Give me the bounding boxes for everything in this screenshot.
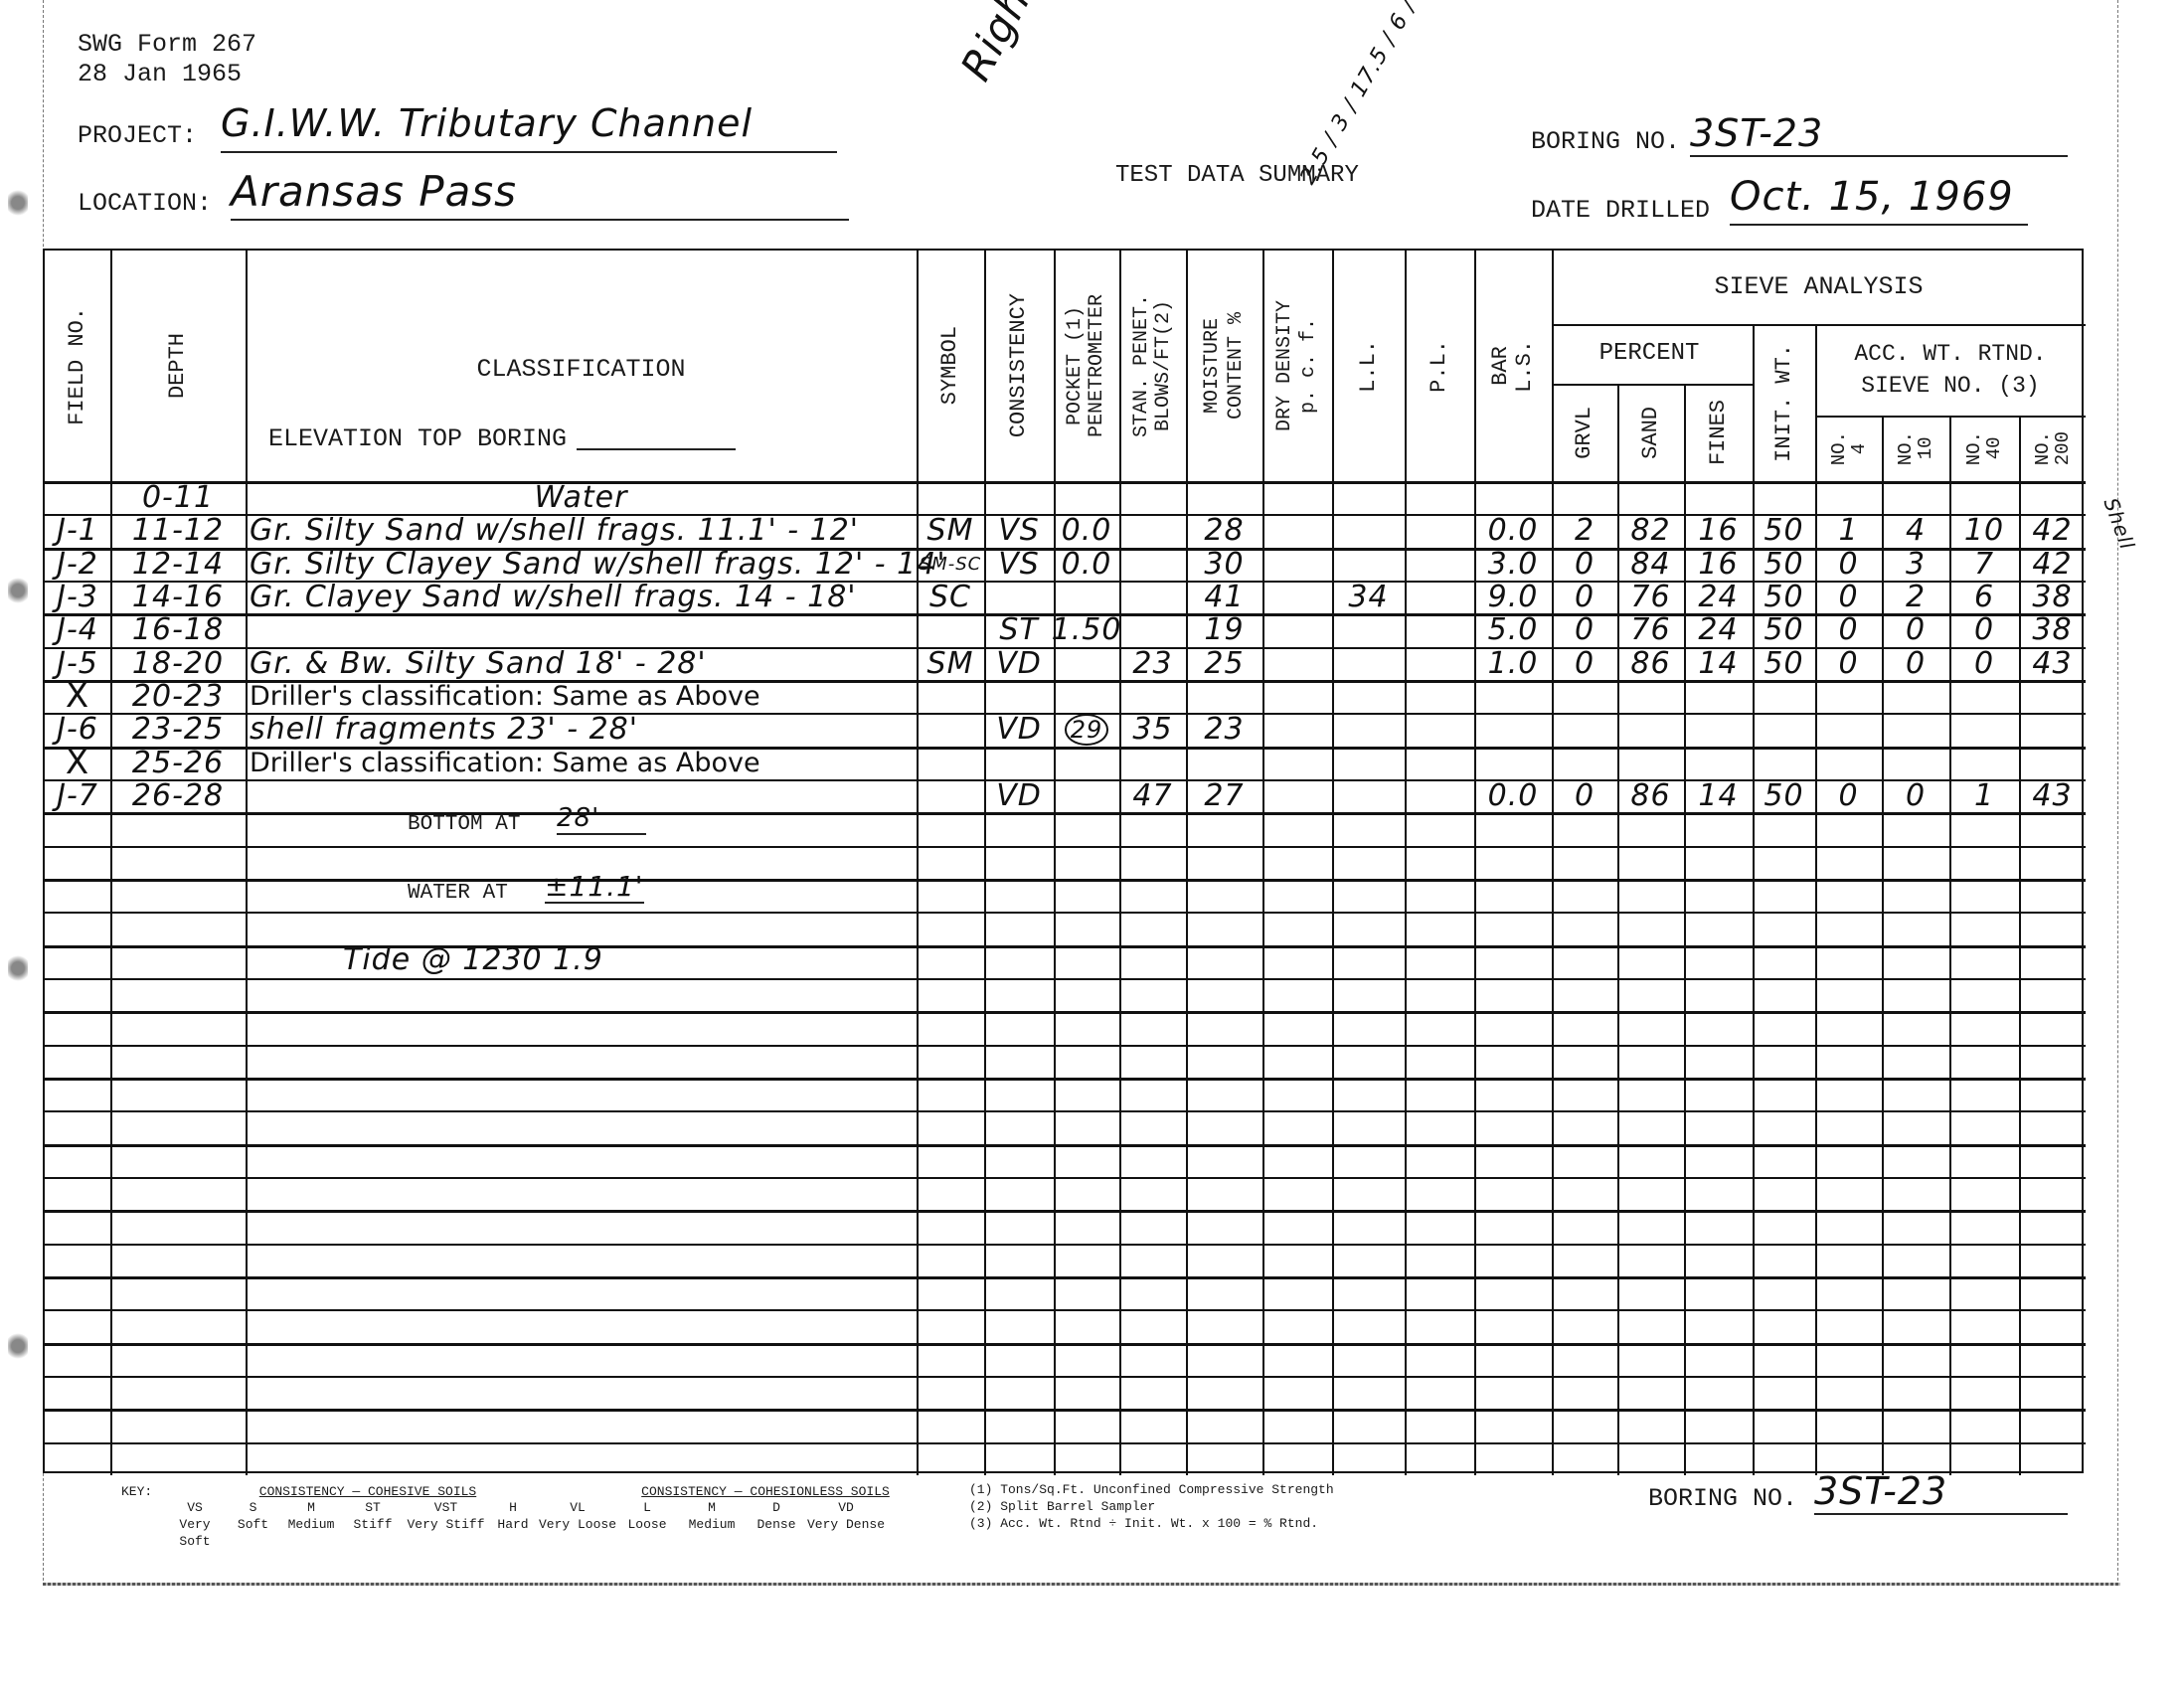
cell-moisture-value: 30 xyxy=(1204,547,1244,582)
cell-sand xyxy=(1621,481,1680,514)
cell-pl xyxy=(1409,779,1470,812)
cell-no10: 2 xyxy=(1886,581,1945,613)
col-header-dry-text: DRY DENSITY p. c. f. xyxy=(1273,300,1321,431)
key-name: Medium xyxy=(677,1516,747,1533)
cell-grvl: 0 xyxy=(1556,581,1613,613)
cell-no200-value: 42 xyxy=(2032,547,2072,582)
row-divider xyxy=(45,1045,2086,1047)
cell-grvl-value: 2 xyxy=(1575,513,1595,548)
cell-sand xyxy=(1621,680,1680,713)
col-header-sand-text: SAND xyxy=(1638,407,1664,459)
key-name: Soft xyxy=(226,1516,280,1533)
col-header-moisture: MOISTURE CONTENT % xyxy=(1186,251,1262,481)
cell-no200-value: 42 xyxy=(2032,513,2072,548)
cell-dry xyxy=(1266,514,1328,547)
cell-fines-value: 24 xyxy=(1698,580,1738,614)
cell-sand-value: 86 xyxy=(1630,778,1670,813)
cell-field-value: J-3 xyxy=(57,580,98,614)
cell-bar-value: 5.0 xyxy=(1488,612,1539,647)
cell-depth: 23-25 xyxy=(114,713,242,746)
water-at-field[interactable]: ±11.1' xyxy=(545,870,644,904)
form-number: SWG Form 267 xyxy=(78,30,256,60)
cell-no40: 0 xyxy=(1953,613,2015,646)
row-divider xyxy=(45,1244,2086,1246)
col-header-no4: NO. 4 xyxy=(1815,416,1882,481)
cell-consistency: ST xyxy=(988,613,1050,646)
col-header-classification: CLASSIFICATION xyxy=(246,350,917,390)
cell-no10-value: 0 xyxy=(1906,646,1926,681)
cell-classification-value: Gr. Silty Sand w/shell frags. 11.1' - 12… xyxy=(250,513,859,548)
cell-moisture-value: 28 xyxy=(1204,513,1244,548)
col-header-acc-wt-text: ACC. WT. RTND. xyxy=(1854,338,2046,370)
location-label: LOCATION: xyxy=(78,189,212,218)
cell-consistency-value: VS xyxy=(998,547,1040,582)
cell-init xyxy=(1757,680,1811,713)
row-divider xyxy=(45,1210,2086,1213)
cell-stan-value: 35 xyxy=(1132,712,1172,747)
cell-consistency: VD xyxy=(988,779,1050,812)
col-header-stan-text: STAN. PENET. BLOWS/FT(2) xyxy=(1131,294,1175,437)
column-divider xyxy=(1405,251,1407,1475)
cell-moisture: 27 xyxy=(1190,779,1259,812)
cell-sand-value: 76 xyxy=(1630,580,1670,614)
cell-ll xyxy=(1336,647,1401,680)
cell-moisture: 41 xyxy=(1190,581,1259,613)
tide-note: Tide @ 1230 1.9 xyxy=(343,942,603,977)
key-code: D xyxy=(747,1499,806,1516)
cell-fines: 24 xyxy=(1688,613,1749,646)
cell-no40-value: 0 xyxy=(1974,646,1994,681)
cell-no10: 0 xyxy=(1886,613,1945,646)
key-entry: VLVery Loose xyxy=(538,1499,617,1550)
row-divider xyxy=(45,1078,2086,1081)
cell-moisture: 19 xyxy=(1190,613,1259,646)
cell-no40 xyxy=(1953,713,2015,746)
cell-ll xyxy=(1336,747,1401,779)
cell-bar-value: 1.0 xyxy=(1488,646,1539,681)
cell-no10-value: 0 xyxy=(1906,612,1926,647)
cell-grvl xyxy=(1556,680,1613,713)
row-divider xyxy=(45,1276,2086,1279)
cell-no40-value: 0 xyxy=(1974,612,1994,647)
column-divider xyxy=(246,251,248,1475)
cell-no4: 0 xyxy=(1819,779,1878,812)
cell-stan xyxy=(1123,548,1182,581)
cell-pl xyxy=(1409,581,1470,613)
project-field[interactable]: G.I.W.W. Tributary Channel xyxy=(221,101,837,153)
cell-stan: 35 xyxy=(1123,713,1182,746)
cell-init-value: 50 xyxy=(1764,646,1803,681)
cell-bar: 9.0 xyxy=(1478,581,1548,613)
cell-depth: 25-26 xyxy=(114,747,242,779)
form-id-block: SWG Form 267 28 Jan 1965 xyxy=(78,30,256,89)
key-entry: SSoft xyxy=(226,1499,280,1550)
column-divider xyxy=(984,251,986,1475)
cell-no200-value: 43 xyxy=(2032,646,2072,681)
cell-stan xyxy=(1123,581,1182,613)
cell-bar xyxy=(1478,747,1548,779)
cell-dry xyxy=(1266,613,1328,646)
cell-depth-value: 23-25 xyxy=(132,712,224,747)
column-divider xyxy=(1054,251,1056,1475)
cell-field: J-1 xyxy=(49,514,106,547)
cell-init: 50 xyxy=(1757,581,1811,613)
key-code: H xyxy=(488,1499,538,1516)
cell-no40: 6 xyxy=(1953,581,2015,613)
cell-field xyxy=(49,481,106,514)
cell-grvl xyxy=(1556,747,1613,779)
column-divider xyxy=(1815,324,1817,1475)
cell-depth: 26-28 xyxy=(114,779,242,812)
cell-no200: 43 xyxy=(2023,779,2082,812)
cell-no10 xyxy=(1886,747,1945,779)
boring-no-field[interactable]: 3ST-23 xyxy=(1690,111,2068,157)
date-drilled-field[interactable]: Oct. 15, 1969 xyxy=(1730,174,2028,226)
cell-fines xyxy=(1688,680,1749,713)
cell-grvl-value: 0 xyxy=(1575,646,1595,681)
cell-dry xyxy=(1266,647,1328,680)
cell-pocket-value: 1.50 xyxy=(1052,612,1122,647)
col-header-fines-text: FINES xyxy=(1706,400,1732,465)
row-divider xyxy=(45,1177,2086,1179)
cell-no200 xyxy=(2023,747,2082,779)
cell-pl xyxy=(1409,548,1470,581)
cell-consistency xyxy=(988,481,1050,514)
key-entry: MMedium xyxy=(280,1499,342,1550)
key-entry: DDense xyxy=(747,1499,806,1550)
cell-moisture-value: 25 xyxy=(1204,646,1244,681)
col-header-symbol-text: SYMBOL xyxy=(937,326,963,405)
binder-hole-mark xyxy=(8,1327,28,1365)
cell-bar xyxy=(1478,680,1548,713)
key-entry: VDVery Dense xyxy=(806,1499,886,1550)
cell-pocket-value: 29 xyxy=(1065,714,1109,746)
cell-dry xyxy=(1266,548,1328,581)
handwritten-fraction-annotation: 2.5 / 3 / 17.5 / 6 / 1.5 xyxy=(1295,0,1444,189)
cell-depth-value: 18-20 xyxy=(132,646,224,681)
cell-pocket xyxy=(1058,481,1115,514)
cell-bar-value: 3.0 xyxy=(1488,547,1539,582)
cell-no40: 1 xyxy=(1953,779,2015,812)
page-title: TEST DATA SUMMARY xyxy=(1115,162,1359,189)
row-divider xyxy=(45,1309,2086,1311)
key-entry: MMedium xyxy=(677,1499,747,1550)
cell-consistency-value: VS xyxy=(998,513,1040,548)
cell-symbol: SM-SC xyxy=(921,548,980,581)
cell-no40: 10 xyxy=(1953,514,2015,547)
cell-sand: 84 xyxy=(1621,548,1680,581)
cell-depth: 14-16 xyxy=(114,581,242,613)
col-header-fines: FINES xyxy=(1684,384,1753,481)
cell-field: J-4 xyxy=(49,613,106,646)
cell-init xyxy=(1757,481,1811,514)
row-divider xyxy=(45,912,2086,914)
cell-sand-value: 86 xyxy=(1630,646,1670,681)
cell-no200: 42 xyxy=(2023,548,2082,581)
page-edge-right xyxy=(2117,0,2118,1586)
cell-ll xyxy=(1336,680,1401,713)
cell-fines: 24 xyxy=(1688,581,1749,613)
cell-init: 50 xyxy=(1757,779,1811,812)
col-header-symbol: SYMBOL xyxy=(917,251,984,481)
cell-bar xyxy=(1478,481,1548,514)
elevation-top-boring-label: ELEVATION TOP BORING xyxy=(268,422,785,457)
cell-classification: Gr. Silty Sand w/shell frags. 11.1' - 12… xyxy=(250,514,913,547)
cell-sand: 76 xyxy=(1621,581,1680,613)
key-name: Dense xyxy=(747,1516,806,1533)
cell-grvl-value: 0 xyxy=(1575,778,1595,813)
cell-fines-value: 24 xyxy=(1698,612,1738,647)
cell-fines-value: 16 xyxy=(1698,513,1738,548)
key-name: Very Dense xyxy=(806,1516,886,1533)
key-code: VL xyxy=(538,1499,617,1516)
col-header-sand: SAND xyxy=(1617,384,1684,481)
cell-sand-value: 84 xyxy=(1630,547,1670,582)
row-divider xyxy=(45,1011,2086,1014)
footer-boring-no-label: BORING NO. xyxy=(1648,1484,1797,1513)
cell-depth-value: 26-28 xyxy=(132,778,224,813)
cell-consistency: VS xyxy=(988,514,1050,547)
key-name: Hard xyxy=(488,1516,538,1533)
cell-pocket xyxy=(1058,680,1115,713)
column-divider xyxy=(1552,251,1554,1475)
boring-no-label: BORING NO. xyxy=(1531,127,1680,156)
col-header-sieve-analysis: SIEVE ANALYSIS xyxy=(1552,251,2086,324)
cell-symbol-value: SM-SC xyxy=(920,554,981,575)
key-cohesive-title: CONSISTENCY — COHESIVE SOILS xyxy=(169,1483,567,1500)
cell-symbol-value: SM xyxy=(927,513,974,548)
cell-field-value: J-4 xyxy=(57,612,98,647)
cell-sand: 86 xyxy=(1621,647,1680,680)
cell-no4 xyxy=(1819,713,1878,746)
cell-sand-value: 82 xyxy=(1630,513,1670,548)
row-divider xyxy=(45,1343,2086,1346)
cell-no4-value: 0 xyxy=(1838,580,1858,614)
cell-classification-value: shell fragments 23' - 28' xyxy=(250,712,638,747)
binder-hole-mark xyxy=(8,949,28,987)
col-header-pocket-text: POCKET (1) PENETROMETER xyxy=(1065,294,1108,437)
cell-init xyxy=(1757,713,1811,746)
cell-moisture: 25 xyxy=(1190,647,1259,680)
cell-stan xyxy=(1123,613,1182,646)
cell-pl xyxy=(1409,514,1470,547)
water-at-label: WATER AT xyxy=(408,882,508,905)
cell-init: 50 xyxy=(1757,514,1811,547)
cell-depth-value: 12-14 xyxy=(132,547,224,582)
cell-bar xyxy=(1478,713,1548,746)
cell-no200: 43 xyxy=(2023,647,2082,680)
cell-no4-value: 0 xyxy=(1838,547,1858,582)
col-header-pocket-penetrometer: POCKET (1) PENETROMETER xyxy=(1054,251,1119,481)
cell-no10-value: 3 xyxy=(1906,547,1926,582)
cell-field: J-2 xyxy=(49,548,106,581)
col-header-grvl-text: GRVL xyxy=(1572,407,1597,459)
cell-grvl: 0 xyxy=(1556,548,1613,581)
row-divider xyxy=(45,978,2086,980)
cell-no40: 7 xyxy=(1953,548,2015,581)
cell-init: 50 xyxy=(1757,613,1811,646)
cell-classification: Gr. Silty Clayey Sand w/shell frags. 12'… xyxy=(250,548,913,581)
col-header-field-no: FIELD NO. xyxy=(45,251,110,481)
cell-field-value: J-6 xyxy=(57,712,98,747)
cell-stan-value: 47 xyxy=(1132,778,1172,813)
cell-init-value: 50 xyxy=(1764,547,1803,582)
cell-no10: 0 xyxy=(1886,779,1945,812)
cell-bar: 5.0 xyxy=(1478,613,1548,646)
key-code: VS xyxy=(164,1499,226,1516)
col-header-pl: P.L. xyxy=(1405,251,1474,481)
cell-moisture: 23 xyxy=(1190,713,1259,746)
cell-classification-value: Driller's classification: Same as Above xyxy=(250,748,760,778)
cell-init-value: 50 xyxy=(1764,513,1803,548)
cell-no200: 38 xyxy=(2023,613,2082,646)
cell-pocket-value: 0.0 xyxy=(1062,547,1112,582)
col-header-depth-text: DEPTH xyxy=(165,333,191,399)
cell-no4: 0 xyxy=(1819,548,1878,581)
col-header-pl-text: P.L. xyxy=(1427,340,1452,393)
cell-classification-value: Driller's classification: Same as Above xyxy=(250,681,760,712)
cell-pl xyxy=(1409,680,1470,713)
cell-no10-value: 2 xyxy=(1906,580,1926,614)
cell-sand xyxy=(1621,713,1680,746)
col-header-dry-density: DRY DENSITY p. c. f. xyxy=(1262,251,1332,481)
cell-pl xyxy=(1409,747,1470,779)
cell-symbol xyxy=(921,481,980,514)
cell-fines xyxy=(1688,481,1749,514)
cell-no4-value: 0 xyxy=(1838,778,1858,813)
row-divider xyxy=(45,879,2086,882)
location-field[interactable]: Aransas Pass xyxy=(231,167,849,221)
cell-dry xyxy=(1266,779,1328,812)
col-header-no10: NO. 10 xyxy=(1882,416,1949,481)
bottom-at-field[interactable]: 28' xyxy=(557,803,646,835)
cell-bar-value: 9.0 xyxy=(1488,580,1539,614)
binder-hole-mark xyxy=(8,572,28,609)
cell-no40 xyxy=(1953,680,2015,713)
cell-classification xyxy=(250,613,913,646)
key-code: VD xyxy=(806,1499,886,1516)
cell-depth-value: 14-16 xyxy=(132,580,224,614)
cell-moisture xyxy=(1190,680,1259,713)
cell-classification: Gr. & Bw. Silty Sand 18' - 28' xyxy=(250,647,913,680)
cell-no40-value: 1 xyxy=(1974,778,1994,813)
key-name: Stiff xyxy=(342,1516,404,1533)
key-name: Medium xyxy=(280,1516,342,1533)
col-header-stan-penet: STAN. PENET. BLOWS/FT(2) xyxy=(1119,251,1186,481)
cell-symbol: SM xyxy=(921,647,980,680)
cell-field-value: J-7 xyxy=(57,778,98,813)
cell-symbol xyxy=(921,613,980,646)
col-header-ll: L.L. xyxy=(1332,251,1405,481)
column-divider xyxy=(917,251,919,1475)
cell-ll: 34 xyxy=(1336,581,1401,613)
key-code: M xyxy=(677,1499,747,1516)
cell-classification-value: Water xyxy=(535,480,628,515)
col-header-consistency-text: CONSISTENCY xyxy=(1006,293,1032,437)
cell-consistency-value: ST xyxy=(999,612,1038,647)
cell-consistency: VS xyxy=(988,548,1050,581)
cell-no4: 0 xyxy=(1819,613,1878,646)
cell-pocket: 0.0 xyxy=(1058,548,1115,581)
cell-moisture xyxy=(1190,747,1259,779)
cell-fines xyxy=(1688,747,1749,779)
key-code: VST xyxy=(404,1499,488,1516)
cell-consistency-value: VD xyxy=(996,778,1042,813)
cell-no4 xyxy=(1819,481,1878,514)
percent-divider xyxy=(1552,384,1753,386)
cell-fines: 16 xyxy=(1688,548,1749,581)
cell-pocket xyxy=(1058,747,1115,779)
cell-field: J-6 xyxy=(49,713,106,746)
cell-ll xyxy=(1336,613,1401,646)
cell-fines: 14 xyxy=(1688,779,1749,812)
cell-no4: 0 xyxy=(1819,581,1878,613)
cell-pocket: 0.0 xyxy=(1058,514,1115,547)
cell-ll xyxy=(1336,548,1401,581)
key-name: Very Loose xyxy=(538,1516,617,1533)
row-divider xyxy=(45,1442,2086,1444)
cell-depth-value: 16-18 xyxy=(132,612,224,647)
cell-sand xyxy=(1621,747,1680,779)
elevation-top-boring-field[interactable] xyxy=(577,428,736,450)
cell-no4: 1 xyxy=(1819,514,1878,547)
cell-no10 xyxy=(1886,481,1945,514)
cell-symbol: SC xyxy=(921,581,980,613)
cell-symbol xyxy=(921,747,980,779)
cell-depth-value: 0-11 xyxy=(142,480,214,515)
row-divider xyxy=(45,1110,2086,1112)
cell-bar: 1.0 xyxy=(1478,647,1548,680)
col-header-no4-text: NO. 4 xyxy=(1829,431,1869,465)
cell-no40 xyxy=(1953,747,2015,779)
cell-depth: 18-20 xyxy=(114,647,242,680)
cell-ll xyxy=(1336,481,1401,514)
col-header-acc-wt: ACC. WT. RTND. SIEVE NO. (3) xyxy=(1815,324,2086,416)
cell-no40-value: 7 xyxy=(1974,547,1994,582)
elevation-top-boring-text: ELEVATION TOP BORING xyxy=(268,426,567,452)
cell-symbol xyxy=(921,713,980,746)
cell-grvl xyxy=(1556,713,1613,746)
cell-pl xyxy=(1409,613,1470,646)
footer-boring-no-field[interactable]: 3ST-23 xyxy=(1814,1469,2068,1515)
cell-moisture xyxy=(1190,481,1259,514)
cell-no200: 38 xyxy=(2023,581,2082,613)
key-code: M xyxy=(280,1499,342,1516)
cell-depth: 16-18 xyxy=(114,613,242,646)
cell-no200 xyxy=(2023,713,2082,746)
cell-pocket xyxy=(1058,581,1115,613)
test-data-table: FIELD NO. DEPTH CLASSIFICATION ELEVATION… xyxy=(43,249,2084,1473)
col-header-moisture-text: MOISTURE CONTENT % xyxy=(1201,312,1249,420)
cell-grvl: 0 xyxy=(1556,613,1613,646)
col-header-ll-text: L.L. xyxy=(1356,340,1382,393)
cell-depth: 0-11 xyxy=(114,481,242,514)
cell-moisture-value: 23 xyxy=(1204,712,1244,747)
cell-no10: 3 xyxy=(1886,548,1945,581)
column-divider xyxy=(1262,251,1264,1475)
cell-stan: 47 xyxy=(1123,779,1182,812)
cell-consistency: VD xyxy=(988,713,1050,746)
cell-init: 50 xyxy=(1757,548,1811,581)
cell-sand: 86 xyxy=(1621,779,1680,812)
cell-fines-value: 14 xyxy=(1698,646,1738,681)
cell-pocket xyxy=(1058,779,1115,812)
cell-sand-value: 76 xyxy=(1630,612,1670,647)
cell-dry xyxy=(1266,713,1328,746)
cell-symbol: SM xyxy=(921,514,980,547)
cell-field: J-3 xyxy=(49,581,106,613)
cell-field: X xyxy=(49,680,106,713)
